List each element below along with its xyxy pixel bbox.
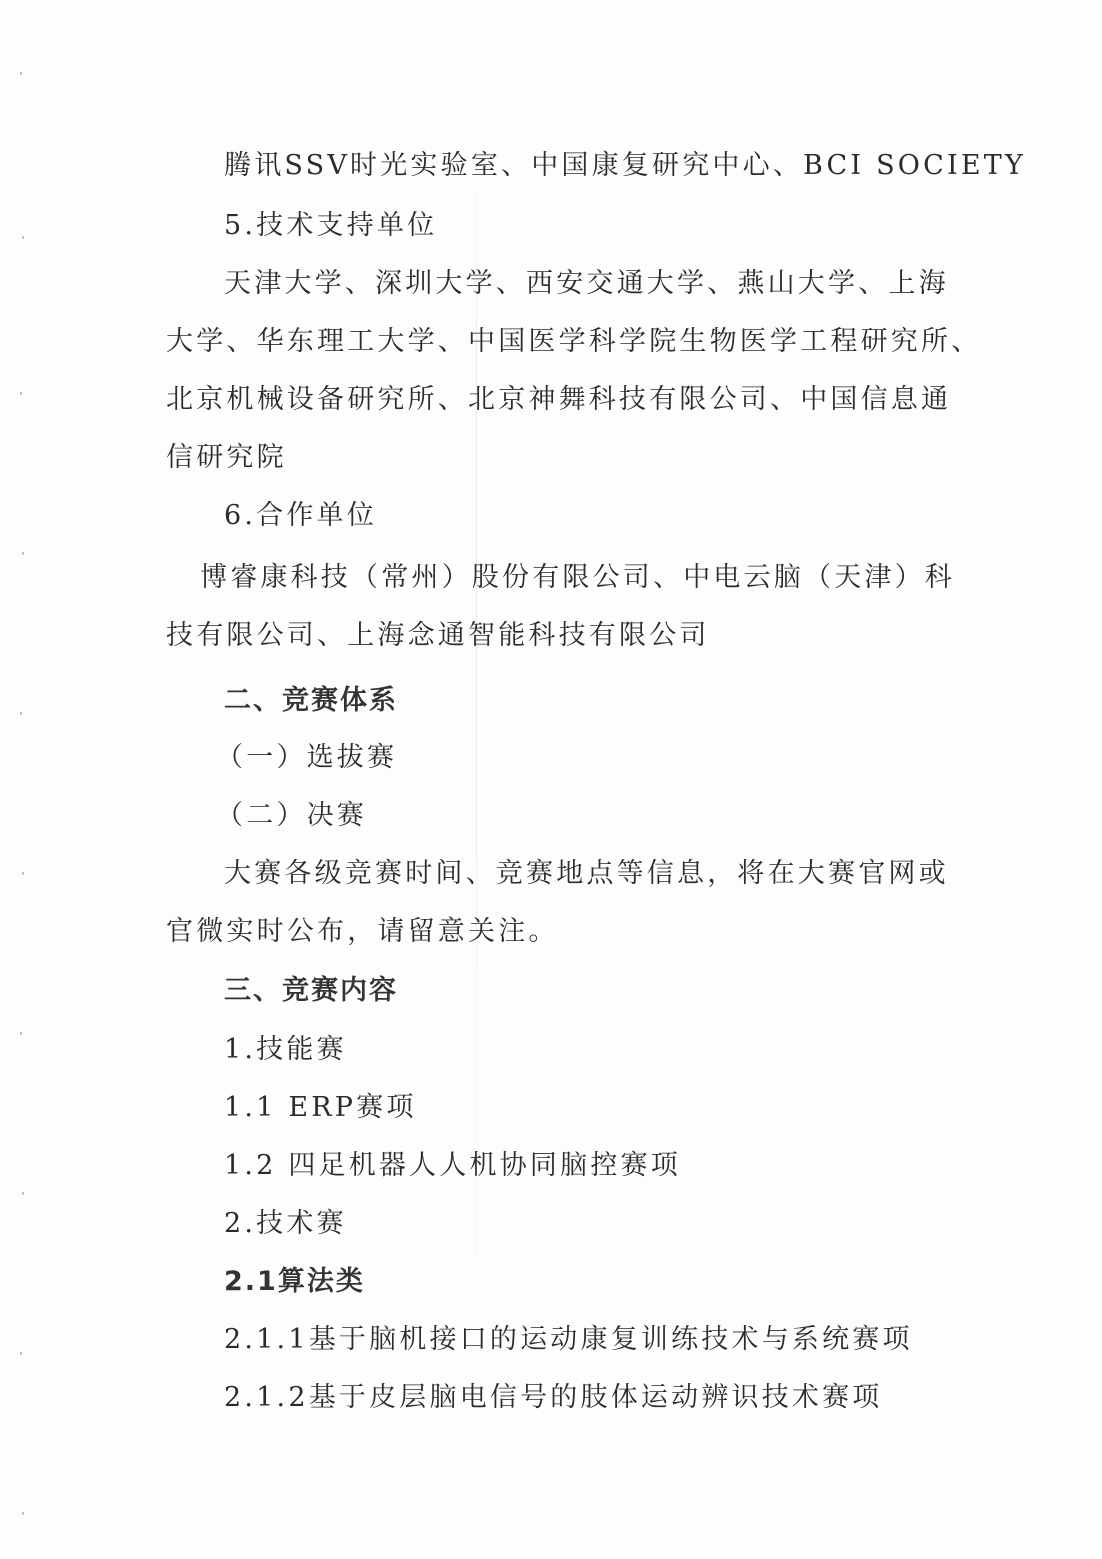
- tech-support-line-3: 北京机械设备研究所、北京神舞科技有限公司、中国信息通: [166, 382, 939, 418]
- scan-speck: [22, 236, 24, 239]
- section-heading-competition-system: 二、竞赛体系: [224, 683, 398, 719]
- item-ecog-motion-event: 2.1.2基于皮层脑电信号的肢体运动辨识技术赛项: [224, 1380, 883, 1416]
- scan-speck: [20, 1032, 22, 1035]
- scan-speck: [22, 552, 24, 555]
- stage-selection: （一）选拔赛: [216, 740, 397, 776]
- partners-line-2: 技有限公司、上海念通智能科技有限公司: [166, 618, 710, 654]
- tech-support-line-4: 信研究院: [166, 440, 287, 476]
- item-skill-competition: 1.技能赛: [224, 1032, 347, 1068]
- scan-speck: [22, 872, 24, 875]
- document-page: 腾讯SSV时光实验室、中国康复研究中心、BCI SOCIETY 5.技术支持单位…: [0, 0, 1102, 1559]
- tech-support-line-2: 大学、华东理工大学、中国医学科学院生物医学工程研究所、: [166, 324, 939, 360]
- organizer-list-continued: 腾讯SSV时光实验室、中国康复研究中心、BCI SOCIETY: [224, 148, 1026, 184]
- item-erp-event: 1.1 ERP赛项: [224, 1090, 417, 1126]
- tech-support-line-1: 天津大学、深圳大学、西安交通大学、燕山大学、上海: [224, 266, 939, 302]
- scan-speck: [22, 1512, 24, 1515]
- subheading-tech-support: 5.技术支持单位: [224, 208, 437, 244]
- scan-speck: [22, 1192, 24, 1195]
- partners-line-1: 博睿康科技（常州）股份有限公司、中电云脑（天津）科: [200, 560, 939, 596]
- schedule-note-line-1: 大赛各级竞赛时间、竞赛地点等信息，将在大赛官网或: [224, 856, 939, 892]
- schedule-note-line-2: 官微实时公布，请留意关注。: [166, 914, 559, 950]
- item-quadruped-robot-event: 1.2 四足机器人人机协同脑控赛项: [224, 1148, 681, 1184]
- stage-final: （二）决赛: [216, 798, 367, 834]
- item-technical-competition: 2.技术赛: [224, 1206, 347, 1242]
- scan-speck: [20, 392, 22, 395]
- item-algorithm-category: 2.1算法类: [224, 1264, 365, 1300]
- scan-speck: [20, 712, 22, 715]
- scan-speck: [20, 1352, 22, 1355]
- subheading-partners: 6.合作单位: [224, 498, 377, 534]
- item-rehab-training-event: 2.1.1基于脑机接口的运动康复训练技术与系统赛项: [224, 1322, 913, 1358]
- scan-speck: [20, 72, 22, 75]
- section-heading-competition-content: 三、竞赛内容: [224, 973, 398, 1009]
